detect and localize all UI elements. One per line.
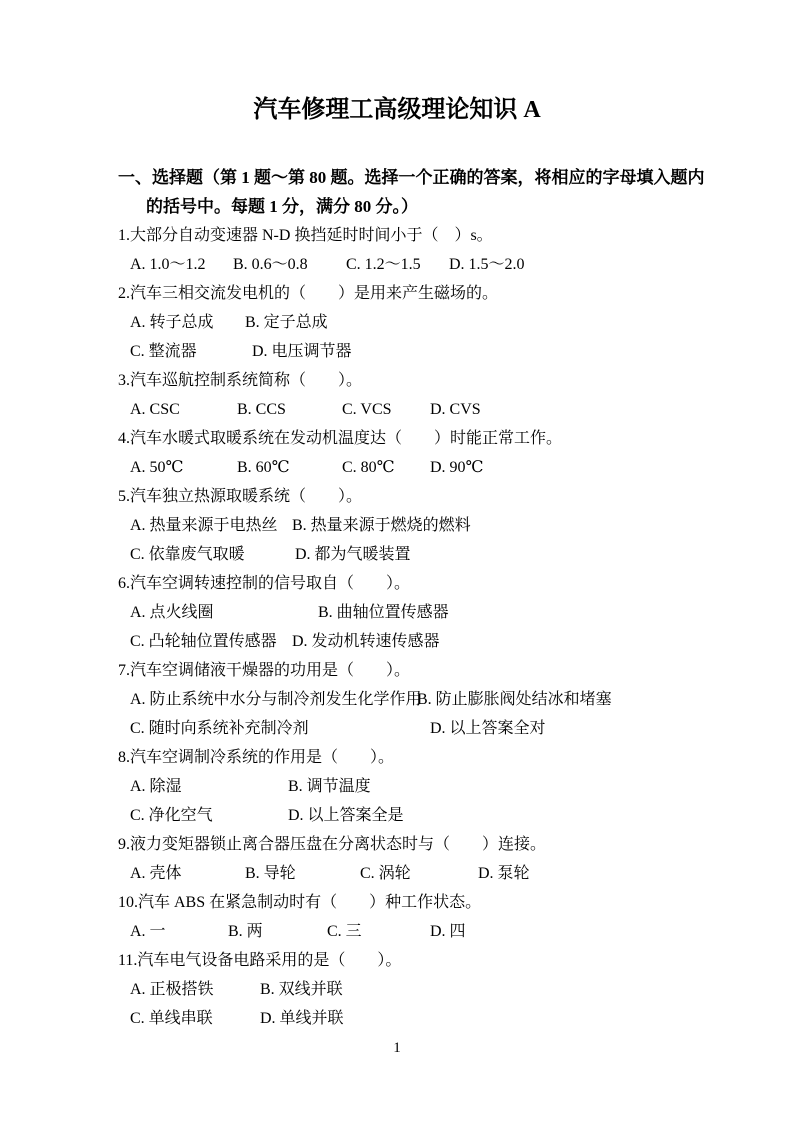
question-1-option-b: B. 0.6～0.8: [233, 250, 346, 279]
question-3-option-b: B. CCS: [237, 395, 342, 424]
question-7-options-row-2: C. 随时向系统补充制冷剂 D. 以上答案全对: [118, 714, 684, 743]
question-5-option-d: D. 都为气暖装置: [295, 540, 684, 569]
question-5-option-a: A. 热量来源于电热丝: [130, 511, 292, 540]
question-8-options-row-1: A. 除湿 B. 调节温度: [118, 772, 684, 801]
question-1-option-d: D. 1.5～2.0: [449, 250, 684, 279]
question-9-text: 9.液力变矩器锁止离合器压盘在分离状态时与（ ）连接。: [118, 830, 684, 859]
question-5: 5.汽车独立热源取暖系统（ ）。 A. 热量来源于电热丝 B. 热量来源于燃烧的…: [118, 482, 684, 569]
question-7-options-row-1: A. 防止系统中水分与制冷剂发生化学作用 B. 防止膨胀阀处结冰和堵塞: [118, 685, 684, 714]
question-10-text: 10.汽车 ABS 在紧急制动时有（ ）种工作状态。: [118, 888, 684, 917]
question-11: 11.汽车电气设备电路采用的是（ ）。 A. 正极搭铁 B. 双线并联 C. 单…: [118, 946, 684, 1033]
question-3-option-d: D. CVS: [430, 395, 684, 424]
question-9-option-a: A. 壳体: [130, 859, 245, 888]
question-4-option-b: B. 60℃: [237, 453, 342, 482]
question-6-option-d: D. 发动机转速传感器: [292, 627, 684, 656]
question-5-text: 5.汽车独立热源取暖系统（ ）。: [118, 482, 684, 511]
question-8-option-b: B. 调节温度: [288, 772, 684, 801]
question-8-option-d: D. 以上答案全是: [288, 801, 684, 830]
question-8-option-c: C. 净化空气: [130, 801, 288, 830]
question-10-option-b: B. 两: [228, 917, 327, 946]
question-2-option-c: C. 整流器: [130, 337, 252, 366]
question-9-option-d: D. 泵轮: [478, 859, 684, 888]
question-4-options: A. 50℃ B. 60℃ C. 80℃ D. 90℃: [118, 453, 684, 482]
question-7-option-d: D. 以上答案全对: [430, 714, 684, 743]
question-2-text: 2.汽车三相交流发电机的（ ）是用来产生磁场的。: [118, 279, 684, 308]
question-11-options-row-1: A. 正极搭铁 B. 双线并联: [118, 975, 684, 1004]
page-title: 汽车修理工高级理论知识 A: [118, 93, 676, 127]
section-heading: 一、选择题（第 1 题～第 80 题。选择一个正确的答案，将相应的字母填入题内 …: [118, 163, 684, 221]
question-3-option-c: C. VCS: [342, 395, 430, 424]
question-4-option-d: D. 90℃: [430, 453, 684, 482]
question-8-option-a: A. 除湿: [130, 772, 288, 801]
section-heading-line-2: 的括号中。每题 1 分，满分 80 分。）: [118, 192, 684, 221]
question-6-options-row-2: C. 凸轮轴位置传感器 D. 发动机转速传感器: [118, 627, 684, 656]
question-4-option-a: A. 50℃: [130, 453, 237, 482]
question-7: 7.汽车空调储液干燥器的功用是（ ）。 A. 防止系统中水分与制冷剂发生化学作用…: [118, 656, 684, 743]
question-4-option-c: C. 80℃: [342, 453, 430, 482]
question-7-text: 7.汽车空调储液干燥器的功用是（ ）。: [118, 656, 684, 685]
question-8: 8.汽车空调制冷系统的作用是（ ）。 A. 除湿 B. 调节温度 C. 净化空气…: [118, 743, 684, 830]
question-6-option-a: A. 点火线圈: [130, 598, 318, 627]
question-2-option-d: D. 电压调节器: [252, 337, 684, 366]
question-5-options-row-1: A. 热量来源于电热丝 B. 热量来源于燃烧的燃料: [118, 511, 684, 540]
question-1-text: 1.大部分自动变速器 N-D 换挡延时时间小于（ ）s。: [118, 221, 684, 250]
question-11-options-row-2: C. 单线串联 D. 单线并联: [118, 1004, 684, 1033]
question-11-option-b: B. 双线并联: [260, 975, 684, 1004]
question-2-options-row-2: C. 整流器 D. 电压调节器: [118, 337, 684, 366]
question-11-option-a: A. 正极搭铁: [130, 975, 260, 1004]
document-page: 汽车修理工高级理论知识 A 一、选择题（第 1 题～第 80 题。选择一个正确的…: [0, 0, 794, 1123]
page-number: 1: [0, 1038, 794, 1058]
question-10-option-a: A. 一: [130, 917, 228, 946]
question-10-options: A. 一 B. 两 C. 三 D. 四: [118, 917, 684, 946]
question-7-option-a: A. 防止系统中水分与制冷剂发生化学作用: [130, 685, 417, 714]
question-6: 6.汽车空调转速控制的信号取自（ ）。 A. 点火线圈 B. 曲轴位置传感器 C…: [118, 569, 684, 656]
question-6-text: 6.汽车空调转速控制的信号取自（ ）。: [118, 569, 684, 598]
question-5-option-b: B. 热量来源于燃烧的燃料: [292, 511, 684, 540]
question-11-text: 11.汽车电气设备电路采用的是（ ）。: [118, 946, 684, 975]
question-1-options: A. 1.0～1.2 B. 0.6～0.8 C. 1.2～1.5 D. 1.5～…: [118, 250, 684, 279]
question-4: 4.汽车水暖式取暖系统在发动机温度达（ ）时能正常工作。 A. 50℃ B. 6…: [118, 424, 684, 482]
question-2-options-row-1: A. 转子总成 B. 定子总成: [118, 308, 684, 337]
question-4-text: 4.汽车水暖式取暖系统在发动机温度达（ ）时能正常工作。: [118, 424, 684, 453]
question-8-text: 8.汽车空调制冷系统的作用是（ ）。: [118, 743, 684, 772]
question-10-option-d: D. 四: [430, 917, 684, 946]
question-7-option-c: C. 随时向系统补充制冷剂: [130, 714, 430, 743]
section-heading-line-1: 一、选择题（第 1 题～第 80 题。选择一个正确的答案，将相应的字母填入题内: [118, 163, 684, 192]
question-6-option-c: C. 凸轮轴位置传感器: [130, 627, 292, 656]
question-1-option-a: A. 1.0～1.2: [130, 250, 233, 279]
question-1-option-c: C. 1.2～1.5: [346, 250, 449, 279]
question-11-option-c: C. 单线串联: [130, 1004, 260, 1033]
document-content: 一、选择题（第 1 题～第 80 题。选择一个正确的答案，将相应的字母填入题内 …: [118, 163, 684, 1033]
question-5-option-c: C. 依靠废气取暖: [130, 540, 295, 569]
question-9-option-b: B. 导轮: [245, 859, 360, 888]
question-3-text: 3.汽车巡航控制系统简称（ ）。: [118, 366, 684, 395]
question-3-option-a: A. CSC: [130, 395, 237, 424]
question-10-option-c: C. 三: [327, 917, 430, 946]
question-7-option-b: B. 防止膨胀阀处结冰和堵塞: [417, 685, 684, 714]
question-10: 10.汽车 ABS 在紧急制动时有（ ）种工作状态。 A. 一 B. 两 C. …: [118, 888, 684, 946]
question-3: 3.汽车巡航控制系统简称（ ）。 A. CSC B. CCS C. VCS D.…: [118, 366, 684, 424]
question-6-options-row-1: A. 点火线圈 B. 曲轴位置传感器: [118, 598, 684, 627]
question-8-options-row-2: C. 净化空气 D. 以上答案全是: [118, 801, 684, 830]
question-1: 1.大部分自动变速器 N-D 换挡延时时间小于（ ）s。 A. 1.0～1.2 …: [118, 221, 684, 279]
question-11-option-d: D. 单线并联: [260, 1004, 684, 1033]
question-3-options: A. CSC B. CCS C. VCS D. CVS: [118, 395, 684, 424]
question-2: 2.汽车三相交流发电机的（ ）是用来产生磁场的。 A. 转子总成 B. 定子总成…: [118, 279, 684, 366]
question-6-option-b: B. 曲轴位置传感器: [318, 598, 684, 627]
question-5-options-row-2: C. 依靠废气取暖 D. 都为气暖装置: [118, 540, 684, 569]
question-2-option-b: B. 定子总成: [245, 308, 684, 337]
question-9: 9.液力变矩器锁止离合器压盘在分离状态时与（ ）连接。 A. 壳体 B. 导轮 …: [118, 830, 684, 888]
question-9-option-c: C. 涡轮: [360, 859, 478, 888]
question-9-options: A. 壳体 B. 导轮 C. 涡轮 D. 泵轮: [118, 859, 684, 888]
question-2-option-a: A. 转子总成: [130, 308, 245, 337]
